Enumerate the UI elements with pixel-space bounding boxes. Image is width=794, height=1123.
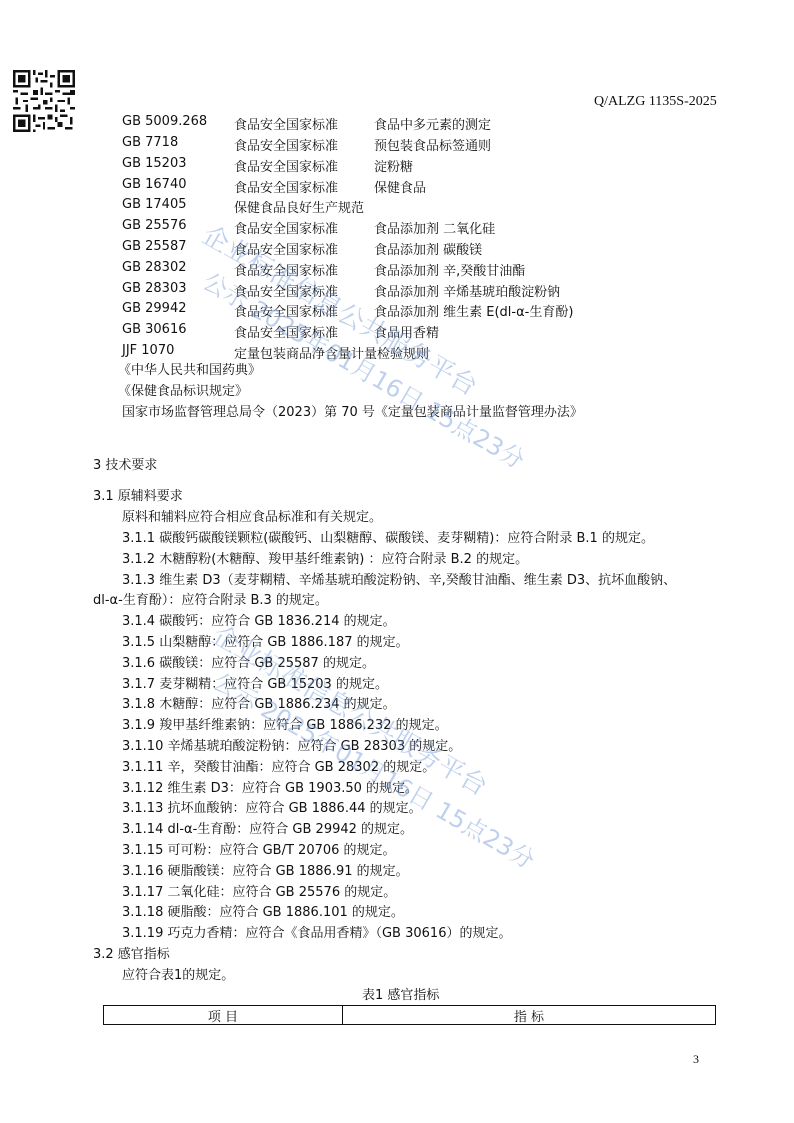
reference-code: GB 28302 [122, 260, 186, 275]
clause-item: 3.1.14 dl-α-生育酚：应符合 GB 29942 的规定。 [122, 821, 413, 839]
reference-category: 食品安全国家标准 [234, 281, 338, 300]
clause-item: 3.1.2 木糖醇粉(木糖醇、羧甲基纤维素钠) ：应符合附录 B.2 的规定。 [122, 551, 528, 569]
clause-item: 3.1.17 二氧化硅：应符合 GB 25576 的规定。 [122, 884, 396, 902]
subsection-heading: 3.2 感官指标 [93, 946, 170, 964]
clause-item: 3.1.18 硬脂酸：应符合 GB 1886.101 的规定。 [122, 904, 404, 922]
clause-item: 3.1.13 抗坏血酸钠：应符合 GB 1886.44 的规定。 [122, 800, 422, 818]
clause-item: 3.1.11 辛，癸酸甘油酯：应符合 GB 28302 的规定。 [122, 759, 435, 777]
reference-title: 食品添加剂 辛,癸酸甘油酯 [374, 260, 525, 279]
clause-item: 3.1.8 木糖醇：应符合 GB 1886.234 的规定。 [122, 696, 396, 714]
table-header-indicator: 指 标 [343, 1006, 715, 1024]
reference-code: GB 15203 [122, 156, 186, 171]
reference-title: 淀粉糖 [374, 156, 413, 175]
reference-category: 定量包装商品净含量计量检验规则 [234, 343, 429, 362]
clause-item: 3.1.7 麦芽糊精：应符合 GB 15203 的规定。 [122, 676, 388, 694]
reference-category: 食品安全国家标准 [234, 218, 338, 237]
reference-title: 食品添加剂 二氧化硅 [374, 218, 495, 237]
clause-item: 3.1.4 碳酸钙：应符合 GB 1836.214 的规定。 [122, 613, 396, 631]
sensory-table: 项 目 指 标 [103, 1005, 716, 1025]
clause-item-continued: dl-α-生育酚）：应符合附录 B.3 的规定。 [93, 592, 328, 610]
reference-category: 食品安全国家标准 [234, 114, 338, 133]
reference-title: 食品中多元素的测定 [374, 114, 491, 133]
reference-title: 预包装食品标签通则 [374, 135, 491, 154]
other-reference: 《中华人民共和国药典》 [118, 362, 261, 380]
reference-category: 食品安全国家标准 [234, 260, 338, 279]
subsection-heading: 3.1 原辅料要求 [93, 488, 183, 506]
qr-code-icon [13, 70, 75, 132]
paragraph: 原料和辅料应符合相应食品标准和有关规定。 [122, 509, 382, 527]
reference-title: 食品用香精 [374, 322, 439, 341]
reference-code: GB 28303 [122, 281, 186, 296]
clause-item: 3.1.12 维生素 D3：应符合 GB 1903.50 的规定。 [122, 780, 418, 798]
other-reference: 国家市场监督管理总局令（2023）第 70 号《定量包装商品计量监督管理办法》 [122, 404, 583, 422]
clause-item: 3.1.19 巧克力香精：应符合《食品用香精》（GB 30616）的规定。 [122, 925, 511, 943]
reference-code: JJF 1070 [122, 343, 174, 358]
clause-item: 3.1.10 辛烯基琥珀酸淀粉钠：应符合 GB 28303 的规定。 [122, 738, 461, 756]
other-reference: 《保健食品标识规定》 [118, 383, 248, 401]
reference-title: 保健食品 [374, 177, 426, 196]
reference-code: GB 29942 [122, 301, 186, 316]
reference-title: 食品添加剂 碳酸镁 [374, 239, 482, 258]
clause-item: 3.1.15 可可粉：应符合 GB/T 20706 的规定。 [122, 842, 396, 860]
section-heading: 3 技术要求 [93, 457, 157, 475]
clause-item: 3.1.5 山梨糖醇：应符合 GB 1886.187 的规定。 [122, 634, 409, 652]
reference-category: 食品安全国家标准 [234, 301, 338, 320]
reference-category: 食品安全国家标准 [234, 135, 338, 154]
reference-code: GB 17405 [122, 197, 186, 212]
reference-code: GB 30616 [122, 322, 186, 337]
reference-title: 食品添加剂 维生素 E(dl-α-生育酚) [374, 301, 573, 320]
document-page: Q/ALZG 1135S-2025 GB 5009.268 食品安全国家标准 食… [0, 0, 794, 1123]
clause-item: 3.1.9 羧甲基纤维素钠：应符合 GB 1886.232 的规定。 [122, 717, 448, 735]
reference-code: GB 16740 [122, 177, 186, 192]
reference-code: GB 7718 [122, 135, 178, 150]
paragraph: 应符合表1的规定。 [122, 967, 234, 985]
clause-item: 3.1.3 维生素 D3（麦芽糊精、辛烯基琥珀酸淀粉钠、辛,癸酸甘油酯、维生素 … [122, 572, 676, 590]
reference-category: 食品安全国家标准 [234, 177, 338, 196]
reference-category: 食品安全国家标准 [234, 322, 338, 341]
table-caption: 表1 感官指标 [362, 987, 439, 1005]
reference-code: GB 5009.268 [122, 114, 207, 129]
reference-code: GB 25587 [122, 239, 186, 254]
reference-category: 保健食品良好生产规范 [234, 197, 364, 216]
reference-title: 食品添加剂 辛烯基琥珀酸淀粉钠 [374, 281, 560, 300]
reference-category: 食品安全国家标准 [234, 239, 338, 258]
reference-category: 食品安全国家标准 [234, 156, 338, 175]
reference-code: GB 25576 [122, 218, 186, 233]
table-header-item: 项 目 [104, 1006, 343, 1024]
clause-item: 3.1.6 碳酸镁：应符合 GB 25587 的规定。 [122, 655, 375, 673]
page-number: 3 [693, 1052, 699, 1067]
document-code: Q/ALZG 1135S-2025 [594, 94, 717, 110]
clause-item: 3.1.16 硬脂酸镁：应符合 GB 1886.91 的规定。 [122, 863, 409, 881]
clause-item: 3.1.1 碳酸钙碳酸镁颗粒(碳酸钙、山梨糖醇、碳酸镁、麦芽糊精)：应符合附录 … [122, 530, 654, 548]
